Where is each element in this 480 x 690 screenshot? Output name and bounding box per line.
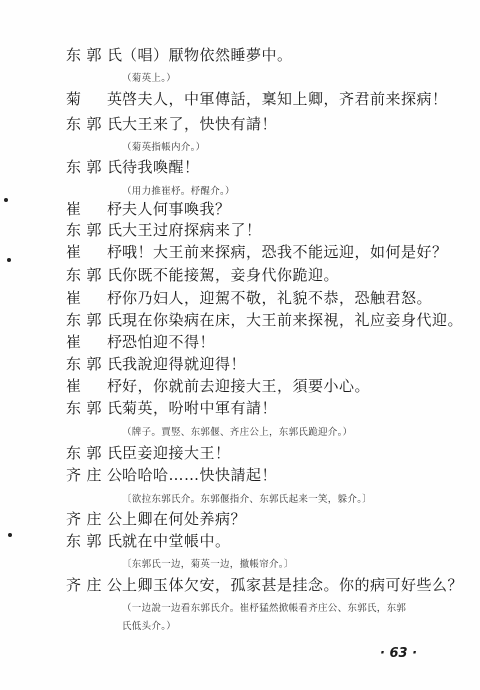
dialogue-text: 大王来了，快快有請！ <box>122 113 277 134</box>
dialogue-text: 恐怕迎不得！ <box>122 331 215 352</box>
speaker-name: 东郭氏 <box>66 113 122 134</box>
dialogue-text: 哦！大王前来探病，恐我不能远迎，如何是好？ <box>122 241 448 262</box>
margin-mark <box>4 198 8 202</box>
speaker-name: 东郭氏 <box>66 219 122 240</box>
speaker-name: 崔 杼 <box>66 375 122 396</box>
margin-mark <box>7 258 11 262</box>
stage-direction-text: （牌子。賈竪、东郭偃、齐庄公上，东郭氏跪迎介。） <box>122 424 352 438</box>
stage-direction-text: 〔东郭氏一边，菊英一边，撤帳帘介。〕 <box>122 556 294 570</box>
dialogue-text: 我說迎得就迎得！ <box>122 353 246 374</box>
speaker-name: 东郭氏 <box>66 353 122 374</box>
document-page: 东郭氏 （唱）厭物依然睡夢中。 （菊英上。） 菊 英 啓夫人，中軍傳話，稟知上卿… <box>0 0 480 690</box>
dialogue-text: 菊英，吩咐中軍有請！ <box>122 397 277 418</box>
dialogue-text: 就在中堂帳中。 <box>122 530 231 551</box>
speaker-name: 东郭氏 <box>66 397 122 418</box>
speaker-name: 东郭氏 <box>66 442 122 463</box>
dialogue-text: 大王过府探病来了！ <box>122 219 262 240</box>
speaker-name: 东郭氏 <box>66 530 122 551</box>
dialogue-text: （唱）厭物依然睡夢中。 <box>122 44 293 65</box>
speaker-name: 崔 杼 <box>66 198 122 219</box>
speaker-name: 东郭氏 <box>66 309 122 330</box>
stage-direction-text: （菊英上。） <box>122 70 176 84</box>
dialogue-text: 你乃妇人，迎駕不敬，礼貌不恭，恐触君怒。 <box>122 287 432 308</box>
margin-mark <box>8 533 12 537</box>
stage-direction-text: （一边說一边看东郭氏介。崔杼猛然掀帳看齐庄公、东郭氏，东郭 <box>122 600 406 614</box>
dialogue-text: 待我喚醒！ <box>122 156 200 177</box>
dialogue-text: 啓夫人，中軍傳話，稟知上卿，齐君前来探病！ <box>122 88 448 109</box>
speaker-name: 东郭氏 <box>66 156 122 177</box>
speaker-name: 崔 杼 <box>66 241 122 262</box>
dialogue-text: 好，你就前去迎接大王，須要小心。 <box>122 375 370 396</box>
stage-direction-text: （用力推崔杼。杼醒介。） <box>122 183 235 197</box>
dialogue-text: 臣妾迎接大王！ <box>122 442 231 463</box>
dialogue-text: 上卿在何处养病？ <box>122 508 246 529</box>
speaker-name: 齐庄公 <box>66 464 122 485</box>
speaker-name: 东郭氏 <box>66 264 122 285</box>
speaker-name: 东郭氏 <box>66 44 122 65</box>
speaker-name: 崔 杼 <box>66 331 122 352</box>
dialogue-text: 哈哈哈……快快請起！ <box>122 464 277 485</box>
speaker-name: 齐庄公 <box>66 508 122 529</box>
dialogue-text: 你既不能接駕，妾身代你跪迎。 <box>122 264 339 285</box>
page-number: · 63 · <box>380 646 417 661</box>
stage-direction-text: 氏低头介。） <box>122 618 176 632</box>
speaker-name: 齐庄公 <box>66 574 122 595</box>
speaker-name: 崔 杼 <box>66 287 122 308</box>
dialogue-text: 上卿玉体欠安，孤家甚是挂念。你的病可好些么？ <box>122 574 463 595</box>
stage-direction-text: 〔欲拉东郭氏介。东郭偃指介、东郭氏起来一笑，躲介。〕 <box>122 491 372 505</box>
speaker-name: 菊 英 <box>66 88 122 109</box>
stage-direction-text: （菊英指帳内介。） <box>122 139 205 153</box>
dialogue-text: 現在你染病在床，大王前来探視，礼应妾身代迎。 <box>122 309 463 330</box>
dialogue-text: 夫人何事喚我？ <box>122 198 231 219</box>
